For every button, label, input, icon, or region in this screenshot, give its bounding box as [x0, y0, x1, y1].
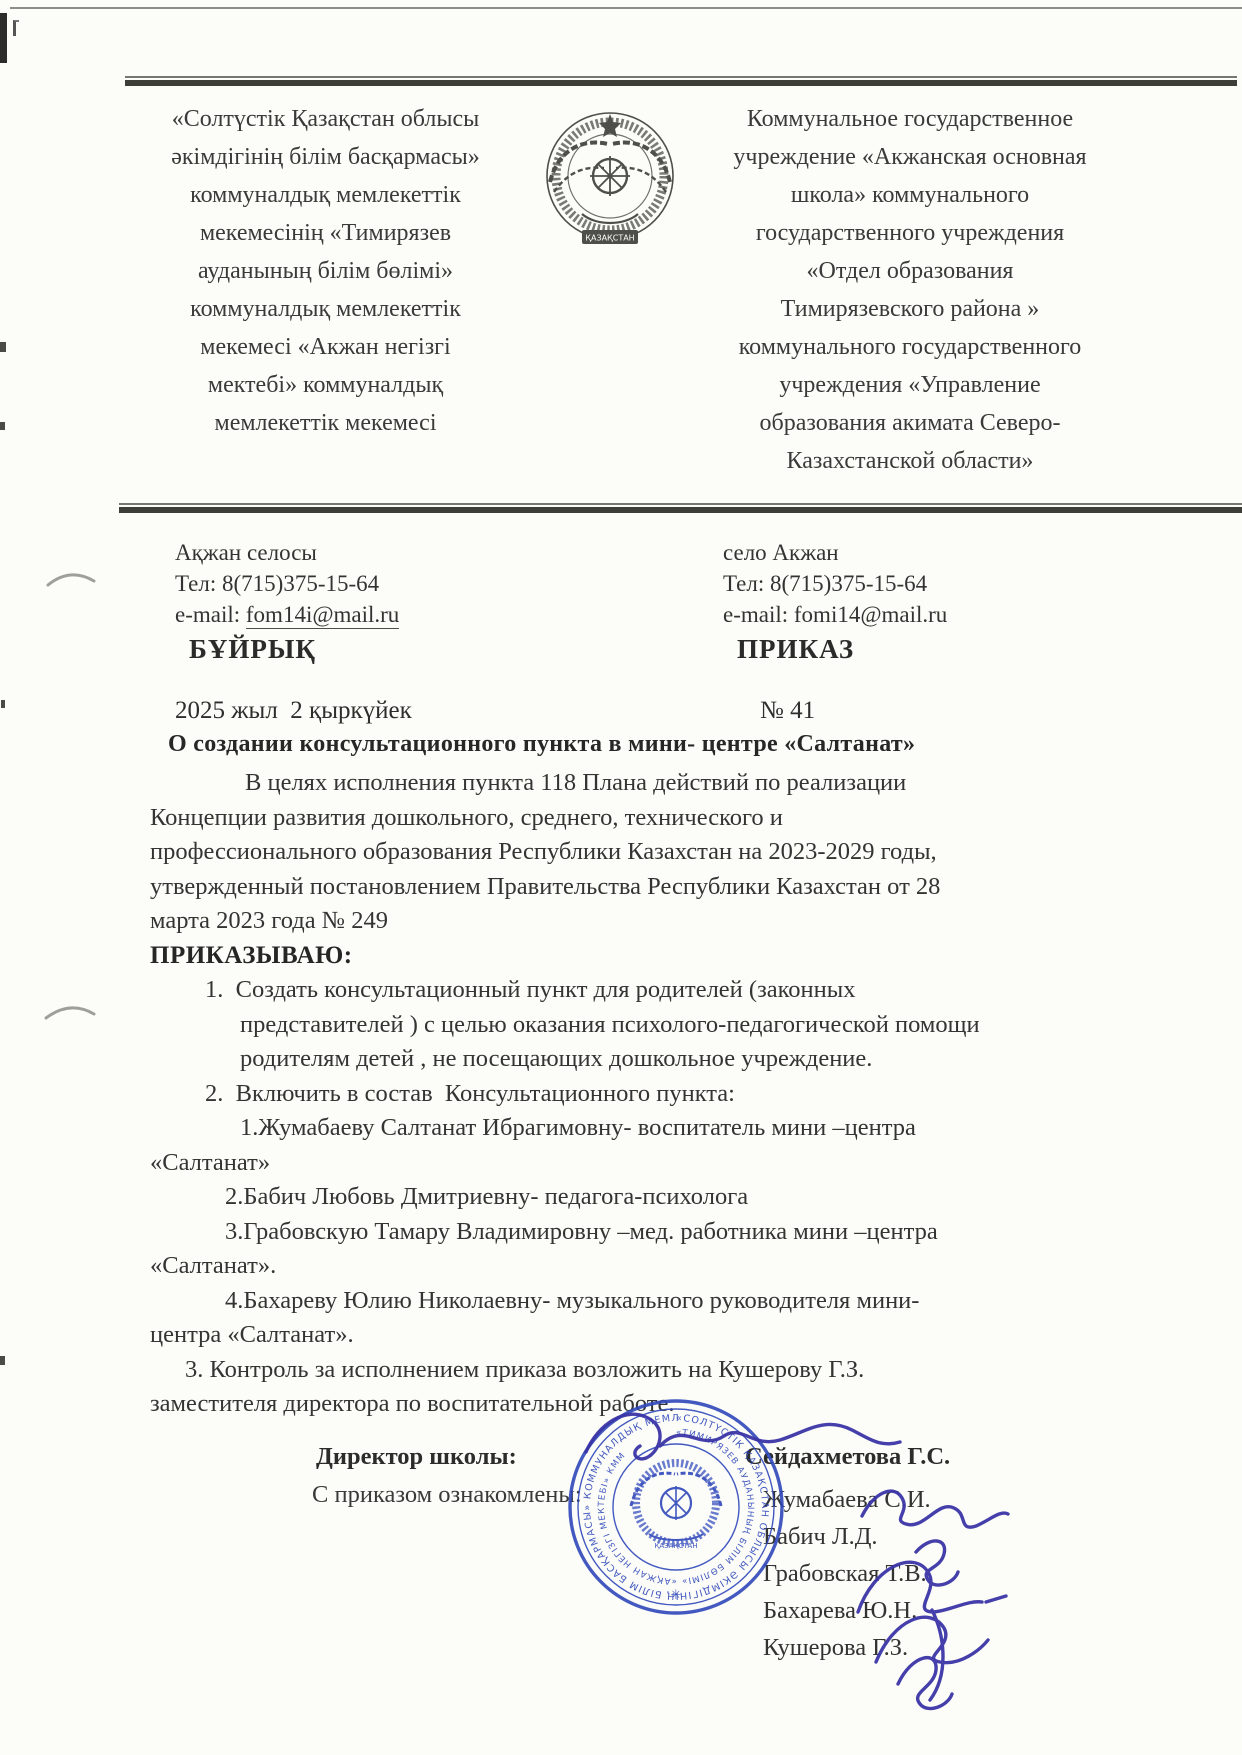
email-line: e-mail: fom14i@mail.ru — [175, 599, 399, 630]
ack-name: Бахарева Ю.Н. — [763, 1592, 931, 1629]
svg-text:«СОЛТҮСТІК ҚАЗАҚСТАН ОБЛЫСЫ ӘК: «СОЛТҮСТІК ҚАЗАҚСТАН ОБЛЫСЫ ӘКІМДІГІНІҢ … — [565, 1396, 770, 1601]
scan-shadow-band — [0, 13, 7, 63]
order-item-line: 1. Создать консультационный пункт для ро… — [150, 973, 1140, 1008]
text-line: мемлекеттік мекемесі — [133, 404, 518, 442]
text-line: мекемесінің «Тимирязев — [133, 214, 518, 252]
order-heading-kazakh: БҰЙРЫҚ — [175, 630, 399, 665]
ack-name: Кушерова Г.З. — [763, 1629, 931, 1666]
phone-number: Тел: 8(715)375-15-64 — [723, 568, 947, 599]
text-line: мекемесі «Акжан негізгі — [133, 328, 518, 366]
text-line: коммуналдық мемлекеттік — [133, 290, 518, 328]
text-line: Коммунальное государственное — [700, 100, 1120, 138]
text-line: образования акимата Северо- — [700, 404, 1120, 442]
director-label: Директор школы: — [316, 1443, 517, 1471]
text-line: Тимирязевского района » — [700, 290, 1120, 328]
order-item-line: «Салтанат». — [150, 1249, 1140, 1284]
email-label: e-mail: — [175, 602, 240, 627]
scan-mark — [13, 20, 19, 36]
preamble-line: В целях исполнения пункта 118 Плана дейс… — [150, 766, 1140, 801]
order-item-line: родителям детей , не посещающих дошкольн… — [150, 1042, 1140, 1077]
acknowledged-names: Жумабаева С.И. Бабич Л.Д. Грабовская Т.В… — [763, 1481, 931, 1666]
order-heading-russian: ПРИКАЗ — [723, 630, 947, 665]
settlement-name: Ақжан селосы — [175, 537, 399, 568]
email-address: fom14i@mail.ru — [246, 602, 399, 629]
scanned-order-document: «Солтүстік Қазақстан облысы әкімдігінің … — [0, 0, 1242, 1755]
scan-speck — [0, 1356, 5, 1365]
text-line: мектебі» коммуналдық — [133, 366, 518, 404]
contact-block-kazakh: Ақжан селосы Тел: 8(715)375-15-64 e-mail… — [175, 537, 399, 665]
order-item-line: 3. Контроль за исполнением приказа возло… — [150, 1353, 1140, 1388]
order-item-line: 2.Бабич Любовь Дмитриевну- педагога-псих… — [150, 1180, 1140, 1215]
scan-speck — [1, 700, 5, 708]
preamble-line: Концепции развития дошкольного, среднего… — [150, 801, 1140, 836]
text-line: «Отдел образования — [700, 252, 1120, 290]
preamble-line: марта 2023 года № 249 — [150, 904, 1140, 939]
text-line: «Солтүстік Қазақстан облысы — [133, 100, 518, 138]
text-line: учреждения «Управление — [700, 366, 1120, 404]
letterhead-top-rule — [125, 76, 1237, 86]
order-item-line: представителей ) с целью оказания психол… — [150, 1008, 1140, 1043]
phone-number: Тел: 8(715)375-15-64 — [175, 568, 399, 599]
order-date: 2025 жыл 2 қыркүйек — [175, 697, 412, 725]
text-line: Казахстанской области» — [700, 442, 1120, 480]
email-address: fomi14@mail.ru — [794, 602, 947, 627]
scan-speck — [0, 342, 6, 352]
text-line: коммуналдық мемлекеттік — [133, 176, 518, 214]
order-item-line: 1.Жумабаеву Салтанат Ибрагимовну- воспит… — [150, 1111, 1140, 1146]
order-item-line: 3.Грабовскую Тамару Владимировну –мед. р… — [150, 1215, 1140, 1250]
order-number: № 41 — [760, 697, 815, 725]
settlement-name: село Акжан — [723, 537, 947, 568]
text-line: әкімдігінің білім басқармасы» — [133, 138, 518, 176]
text-line: государственного учреждения — [700, 214, 1120, 252]
text-line: школа» коммунального — [700, 176, 1120, 214]
kazakhstan-coat-of-arms-icon: ҚАЗАҚСТАН — [524, 96, 696, 273]
scan-edge-line — [10, 7, 1242, 9]
order-item-line: центра «Салтанат». — [150, 1318, 1140, 1353]
contact-block-russian: село Акжан Тел: 8(715)375-15-64 e-mail: … — [723, 537, 947, 665]
order-item-line: 4.Бахареву Юлию Николаевну- музыкального… — [150, 1284, 1140, 1319]
stamp-star-icon: ✳ — [671, 1588, 682, 1603]
ack-name: Бабич Л.Д. — [763, 1518, 931, 1555]
email-label: e-mail: — [723, 602, 788, 627]
ack-name: Жумабаева С.И. — [763, 1481, 931, 1518]
order-item-line: «Салтанат» — [150, 1146, 1140, 1181]
order-body: В целях исполнения пункта 118 Плана дейс… — [150, 766, 1140, 1422]
scan-speck — [0, 422, 5, 430]
acknowledged-label: С приказом ознакомлены: — [312, 1481, 582, 1509]
stamp-outer-ring-text: «СОЛТҮСТІК ҚАЗАҚСТАН ОБЛЫСЫ ӘКІМДІГІНІҢ … — [565, 1396, 770, 1601]
preamble-line: профессионального образования Республики… — [150, 835, 1140, 870]
order-item-line: 2. Включить в состав Консультационного п… — [150, 1077, 1140, 1112]
preamble-line: утвержденный постановлением Правительств… — [150, 870, 1140, 905]
stamp-center-caption: ҚАЗАҚСТАН — [654, 1542, 697, 1550]
org-name-kazakh: «Солтүстік Қазақстан облысы әкімдігінің … — [133, 100, 518, 442]
decree-word: ПРИКАЗЫВАЮ: — [150, 939, 1140, 974]
text-line: ауданының білім бөлімі» — [133, 252, 518, 290]
text-line: учреждение «Акжанская основная — [700, 138, 1120, 176]
email-line: e-mail: fomi14@mail.ru — [723, 599, 947, 630]
ack-name: Грабовская Т.В. — [763, 1555, 931, 1592]
order-title: О создании консультационного пункта в ми… — [168, 731, 915, 758]
org-name-russian: Коммунальное государственное учреждение … — [700, 100, 1120, 480]
official-round-stamp: «СОЛТҮСТІК ҚАЗАҚСТАН ОБЛЫСЫ ӘКІМДІГІНІҢ … — [565, 1396, 787, 1623]
emblem-caption: ҚАЗАҚСТАН — [585, 234, 634, 243]
text-line: коммунального государственного — [700, 328, 1120, 366]
letterhead-bottom-rule — [119, 503, 1242, 513]
